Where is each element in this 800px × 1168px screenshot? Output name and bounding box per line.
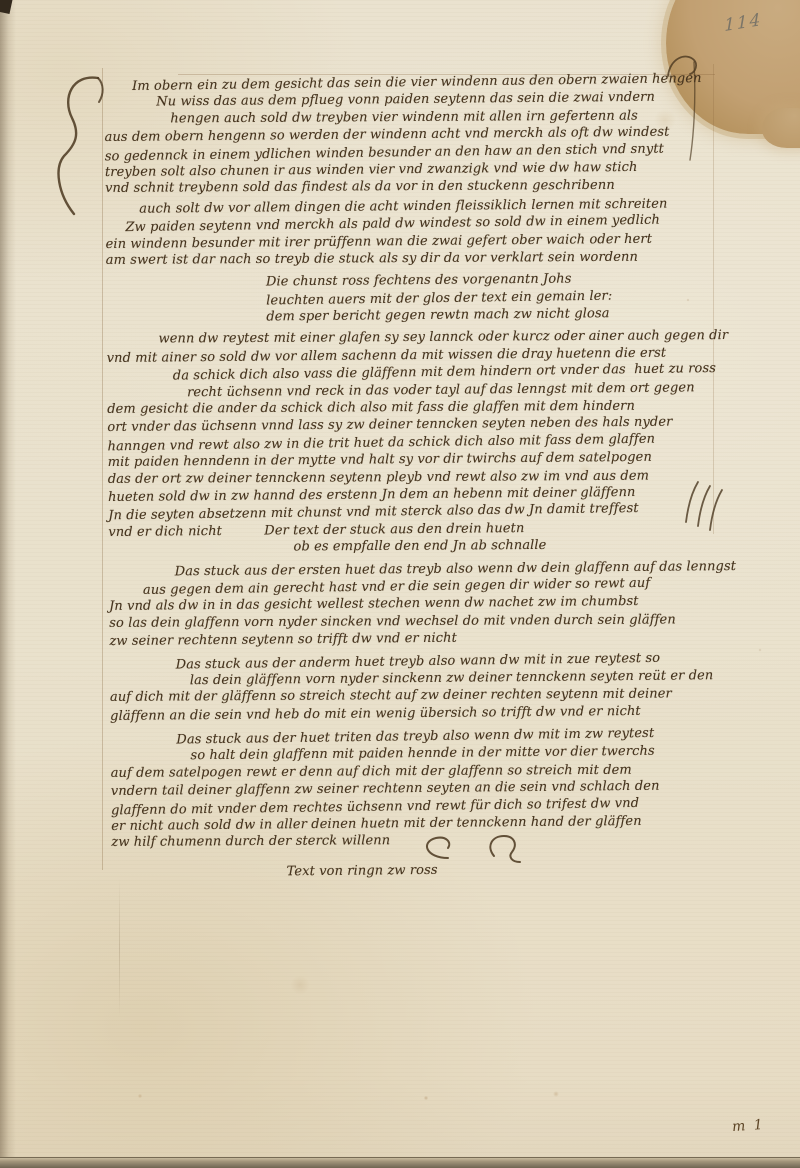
text-block: Im obern ein zu dem gesicht das sein die… [104, 71, 730, 882]
manuscript-text-line: zw hilf chumenn durch der sterck willenn [111, 831, 729, 852]
page-bottom-edge [0, 1157, 800, 1168]
corner-stain-bump [762, 108, 800, 148]
ruling-line-left [102, 68, 103, 870]
manuscript-text-line: vnd schnit treybenn sold das findest als… [105, 176, 723, 197]
manuscript-text-line: so las dein glaffenn vorn nyder sincken … [109, 611, 727, 632]
manuscript-text-line: am swert ist dar nach so treyb die stuck… [106, 248, 724, 269]
quire-signature: m 1 [731, 1117, 765, 1135]
manuscript-text-line: ob es empfalle den end Jn ab schnalle [293, 536, 726, 556]
initial-flourish [52, 72, 112, 222]
gutter-shadow [0, 0, 16, 1168]
paper-crease [119, 878, 120, 1018]
manuscript-page: Im obern ein zu dem gesicht das sein die… [0, 0, 800, 1168]
manuscript-text-line: auf dem satelpogen rewt er denn auf dich… [111, 761, 729, 782]
top-left-corner-shadow [0, 0, 14, 14]
manuscript-text-line: Text von ringn zw ross [287, 859, 730, 881]
manuscript-text-line: das der ort zw deiner tennckenn seytenn … [108, 467, 726, 488]
manuscript-text-line: hengen auch sold dw treyben vier windenn… [170, 107, 722, 128]
